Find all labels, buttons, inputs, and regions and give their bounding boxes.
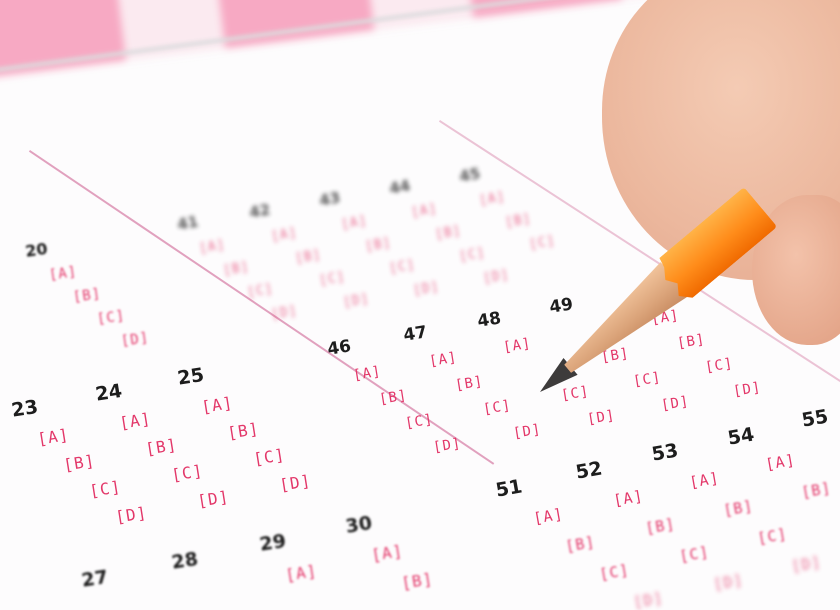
question-number: 25: [176, 364, 206, 390]
choice-bubble-D[interactable]: [D]: [114, 503, 148, 527]
choice-bubble-A[interactable]: [A]: [270, 225, 299, 244]
choice-bubble-B[interactable]: [B]: [434, 223, 463, 242]
choice-bubble-C[interactable]: [C]: [528, 233, 557, 252]
choice-bubble-C[interactable]: [C]: [756, 525, 789, 548]
question-number: 54: [726, 423, 756, 449]
choice-bubble-A[interactable]: [A]: [370, 541, 404, 565]
question-number: 30: [344, 512, 374, 538]
choice-bubble-C[interactable]: [C]: [388, 257, 417, 276]
question-number: 44: [388, 176, 412, 197]
choice-bubble-B[interactable]: [B]: [504, 211, 533, 230]
choice-bubble-D[interactable]: [D]: [586, 408, 616, 428]
choice-bubble-B[interactable]: [B]: [676, 332, 706, 352]
choice-bubble-D[interactable]: [D]: [482, 267, 511, 286]
choice-bubble-D[interactable]: [D]: [270, 303, 299, 322]
question-number: 46: [326, 336, 353, 359]
question-number: 23: [10, 396, 40, 422]
choice-bubble-B[interactable]: [B]: [722, 497, 755, 520]
choice-bubble-A[interactable]: [A]: [340, 213, 369, 232]
choice-bubble-C[interactable]: [C]: [96, 308, 126, 328]
question-number: 51: [494, 475, 524, 501]
pink-stripe-header: [0, 0, 672, 79]
choice-bubble-A[interactable]: [A]: [478, 189, 507, 208]
choice-bubble-B[interactable]: [B]: [226, 419, 260, 443]
choice-bubble-A[interactable]: [A]: [118, 409, 152, 433]
choice-bubble-D[interactable]: [D]: [660, 394, 690, 414]
choice-bubble-D[interactable]: [D]: [432, 436, 462, 456]
choice-bubble-C[interactable]: [C]: [598, 561, 631, 584]
choice-bubble-D[interactable]: [D]: [732, 380, 762, 400]
choice-bubble-C[interactable]: [C]: [246, 281, 275, 300]
choice-bubble-A[interactable]: [A]: [764, 451, 797, 474]
choice-bubble-A[interactable]: [A]: [428, 350, 458, 370]
choice-bubble-D[interactable]: [D]: [712, 571, 745, 594]
choice-bubble-C[interactable]: [C]: [170, 461, 204, 485]
question-number: 41: [176, 212, 200, 233]
question-number: 24: [94, 380, 124, 406]
choice-bubble-B[interactable]: [B]: [62, 451, 96, 475]
choice-bubble-C[interactable]: [C]: [252, 445, 286, 469]
choice-bubble-A[interactable]: [A]: [612, 487, 645, 510]
choice-bubble-B[interactable]: [B]: [644, 515, 677, 538]
choice-bubble-C[interactable]: [C]: [704, 356, 734, 376]
question-number: 27: [80, 566, 110, 592]
choice-bubble-C[interactable]: [C]: [404, 412, 434, 432]
answer-sheet-photo: 20 [A] [B] [C] [D] 23 24 25 [A] [A] [A] …: [0, 0, 840, 610]
choice-bubble-A[interactable]: [A]: [352, 364, 382, 384]
choice-bubble-A[interactable]: [A]: [688, 469, 721, 492]
choice-bubble-D[interactable]: [D]: [196, 487, 230, 511]
choice-bubble-D[interactable]: [D]: [120, 330, 150, 350]
choice-bubble-C[interactable]: [C]: [318, 269, 347, 288]
choice-bubble-C[interactable]: [C]: [678, 543, 711, 566]
choice-bubble-A[interactable]: [A]: [410, 201, 439, 220]
question-number: 53: [650, 439, 680, 465]
question-number: 28: [170, 548, 200, 574]
question-number: 55: [800, 405, 830, 431]
question-number: 47: [402, 322, 429, 345]
choice-bubble-D[interactable]: [D]: [512, 422, 542, 442]
choice-bubble-D[interactable]: [D]: [790, 553, 823, 576]
choice-bubble-D[interactable]: [D]: [412, 279, 441, 298]
choice-bubble-A[interactable]: [A]: [198, 237, 227, 256]
choice-bubble-B[interactable]: [B]: [800, 479, 833, 502]
choice-bubble-C[interactable]: [C]: [632, 370, 662, 390]
choice-bubble-B[interactable]: [B]: [72, 286, 102, 306]
choice-bubble-B[interactable]: [B]: [564, 533, 597, 556]
question-number: 29: [258, 530, 288, 556]
choice-bubble-B[interactable]: [B]: [364, 235, 393, 254]
choice-bubble-B[interactable]: [B]: [454, 374, 484, 394]
choice-bubble-C[interactable]: [C]: [88, 477, 122, 501]
choice-bubble-A[interactable]: [A]: [200, 393, 234, 417]
choice-bubble-D[interactable]: [D]: [342, 291, 371, 310]
choice-bubble-A[interactable]: [A]: [532, 505, 565, 528]
choice-bubble-B[interactable]: [B]: [222, 259, 251, 278]
choice-bubble-A[interactable]: [A]: [48, 264, 78, 284]
choice-bubble-C[interactable]: [C]: [458, 245, 487, 264]
choice-bubble-A[interactable]: [A]: [502, 336, 532, 356]
question-number: 48: [476, 308, 503, 331]
choice-bubble-B[interactable]: [B]: [294, 247, 323, 266]
choice-bubble-A[interactable]: [A]: [284, 561, 318, 585]
question-number: 20: [24, 239, 49, 261]
question-number: 52: [574, 457, 604, 483]
choice-bubble-C[interactable]: [C]: [482, 398, 512, 418]
choice-bubble-D[interactable]: [D]: [632, 589, 665, 610]
question-number: 45: [458, 164, 482, 185]
choice-bubble-B[interactable]: [B]: [400, 569, 434, 593]
question-number: 42: [248, 200, 272, 221]
question-number: 49: [548, 294, 575, 317]
question-number: 43: [318, 188, 342, 209]
choice-bubble-D[interactable]: [D]: [278, 471, 312, 495]
choice-bubble-A[interactable]: [A]: [36, 425, 70, 449]
choice-bubble-B[interactable]: [B]: [144, 435, 178, 459]
